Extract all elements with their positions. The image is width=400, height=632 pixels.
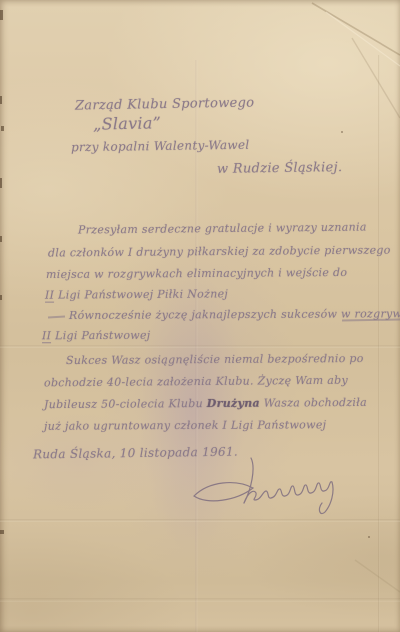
body-p3-line4: już jako ugruntowany członek I Ligi Pańs… [44,418,326,432]
edge-blemish [0,96,2,104]
body-p3-line1: Sukces Wasz osiągnęliście niemal bezpośr… [66,352,364,367]
horizontal-fold-crease [0,598,400,602]
body-p1-line1: Przesyłam serdeczne gratulacje i wyrazy … [78,220,367,236]
dateline: Ruda Śląska, 10 listopada 1961. [33,445,238,462]
body-p1-line4: II Ligi Państwowej Piłki Nożnej [45,287,228,301]
body-p2-line1: Równocześnie życzę jaknajlepszych sukces… [69,307,400,322]
recipient-line-mine: przy kopalni Walenty-Wawel [71,138,250,154]
horizontal-fold-crease [0,519,400,522]
body-p3-line3-post: Wasza obchodziła [260,396,367,410]
roman-numeral-II: II [45,289,54,303]
paper-speck [368,536,370,538]
pen-dash [48,316,65,319]
edge-blemish [0,10,3,20]
edge-blemish [0,236,2,242]
scanned-letter: Zarząd Klubu Sportowego „Slavia” przy ko… [0,0,400,632]
body-p2-line2: II Ligi Państwowej [42,329,151,343]
edge-blemish [0,178,2,188]
edge-blemish [1,126,4,131]
paper-speck [341,131,343,133]
body-p1-line2: dla członków I drużyny piłkarskiej za zd… [48,244,391,260]
body-p1-line3: miejsca w rozgrywkach eliminacyjnych i w… [46,266,347,281]
body-p3-line3-pre: Jubileusz 50-ciolecia Klubu [44,397,207,411]
vertical-fold-crease [378,55,380,632]
edge-blemish [0,530,4,534]
horizontal-fold-crease [0,345,400,348]
overwritten-word: Drużyna [207,397,260,410]
recipient-club-name: „Slavia” [93,113,162,133]
edge-blemish [0,295,2,300]
body-p2-line2-rest: Ligi Państwowej [51,329,150,343]
roman-numeral-II: II [42,329,51,343]
recipient-line-organization: Zarząd Klubu Sportowego [75,95,255,113]
signature-oval-flourish [194,483,253,501]
body-p3-line2: obchodzie 40-lecia założenia Klubu. Życz… [44,374,348,390]
body-p3-line3: Jubileusz 50-ciolecia Klubu Drużyna Wasz… [44,396,367,411]
body-p1-line4-rest: Ligi Państwowej Piłki Nożnej [54,287,228,301]
recipient-line-city: w Rudzie Śląskiej. [217,160,343,177]
